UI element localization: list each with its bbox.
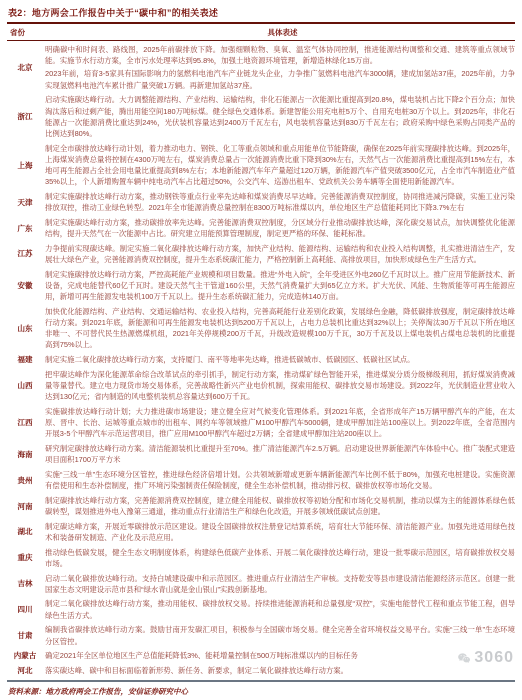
statement-text: 明确碳中和时间表、路线图，2025年前碳排放下降。加强细颗粒物、臭氧、温室气体协…: [45, 44, 515, 66]
statement-text: 实施“三线一单”生态环境分区管控，推进绿色经济倍增计划。公共领域新增或更新车辆新…: [45, 469, 515, 491]
statement-cell: 制定实施碳达峰行动方案，推动碳排放率先达峰。完善能源消费双控制度，分区域分行业推…: [43, 217, 515, 239]
table-row: 江西实施碳排放达峰行动计划；大力推进碳市场建设；建立健全应对气候变化管理体系。到…: [7, 406, 515, 440]
statement-text: 力争提前实现碳达峰。制定实施二氧化碳排放达峰行动方案，加快产业结构、能源结构、运…: [45, 243, 515, 265]
statement-text: 制定实施二氧化碳排放达峰行动方案，支持厦门、南平等地率先达峰，推进低碳城市、低碳…: [45, 354, 515, 365]
column-header-detail: 具体表述: [50, 27, 515, 38]
province-label: 江西: [7, 417, 43, 428]
statement-text: 研究制定碳排放达峰行动方案。清洁能源装机比重提升至70%。推广清洁能源汽车2.5…: [45, 443, 515, 465]
table-row: 安徽制定实施碳排放达峰行动方案，严控高耗能产业规模和项目数量。推进“外电入皖”，…: [7, 269, 515, 303]
statement-cell: 明确碳中和时间表、路线图，2025年前碳排放下降。加强细颗粒物、臭氧、温室气体协…: [43, 44, 515, 91]
statement-cell: 力争提前实现碳达峰。制定实施二氧化碳排放达峰行动方案，加快产业结构、能源结构、运…: [43, 243, 515, 265]
table-row: 贵州实施“三线一单”生态环境分区管控，推进绿色经济倍增计划。公共领域新增或更新车…: [7, 469, 515, 491]
statement-cell: 确定2021年全区单位地区生产总值能耗降低3%、能耗增量控制在500万吨标准煤以…: [43, 650, 515, 661]
table-row: 海南研究制定碳排放达峰行动方案。清洁能源装机比重提升至70%。推广清洁能源汽车2…: [7, 443, 515, 465]
province-label: 河南: [7, 501, 43, 512]
statement-cell: 编制我省碳排放达峰行动方案。鼓励甘南开发碳汇项目，积极参与全国碳市场交易。健全完…: [43, 624, 515, 646]
wechat-icon: [457, 651, 471, 665]
statement-cell: 制定二氧化碳排放达峰行动方案，推动用能权、碳排放权交易。持续推进能源消耗和总量强…: [43, 598, 515, 620]
statement-text: 落实碳达峰、碳中和目标面临着新形势、新任务、新要求，制定二氧化碳排放达峰行动方案…: [45, 665, 515, 676]
statement-text: 制定实施碳排放达峰行动方案，严控高耗能产业规模和项目数量。推进“外电入皖”，全年…: [45, 269, 515, 303]
watermark-text: 3060: [474, 649, 514, 667]
table-title: 表2：地方两会工作报告中关于“碳中和”的相关表述: [7, 4, 515, 22]
province-label: 湖北: [7, 526, 43, 537]
statement-text: 推动绿色低碳发展，健全生态文明制度体系，构建绿色低碳产业体系、开展二氧化碳排放达…: [45, 547, 515, 569]
statement-text: 加快优化能源结构、产业结构、交通运输结构、农业投入结构，完善高耗能行业差别化政策…: [45, 306, 515, 351]
table-row: 湖北制定碳达峰方案，开展近零碳排放示范区建设。建设全国碳排放权注册登记结算系统，…: [7, 521, 515, 543]
statement-text: 制定实施碳达峰行动方案，推动碳排放率先达峰。完善能源消费双控制度，分区域分行业推…: [45, 217, 515, 239]
province-label: 福建: [7, 354, 43, 365]
table-row: 天津制定实施碳排放达峰行动方案，推动钢铁等重点行业率先达峰和煤炭消费尽早达峰。完…: [7, 191, 515, 213]
table-row: 重庆推动绿色低碳发展，健全生态文明制度体系，构建绿色低碳产业体系、开展二氧化碳排…: [7, 547, 515, 569]
statement-cell: 研究制定碳排放达峰行动方案。清洁能源装机比重提升至70%。推广清洁能源汽车2.5…: [43, 443, 515, 465]
statement-cell: 制定实施二氧化碳排放达峰行动方案，支持厦门、南平等地率先达峰，推进低碳城市、低碳…: [43, 354, 515, 365]
province-label: 江苏: [7, 248, 43, 259]
statement-cell: 制定全市碳排放达峰行动计划，着力推动电力、钢铁、化工等重点领域和重点用能单位节能…: [43, 143, 515, 188]
table-row: 四川制定二氧化碳排放达峰行动方案，推动用能权、碳排放权交易。持续推进能源消耗和总…: [7, 598, 515, 620]
province-label: 安徽: [7, 280, 43, 291]
statement-text: 制定实施碳排放达峰行动方案，推动钢铁等重点行业率先达峰和煤炭消费尽早达峰。完善能…: [45, 191, 515, 213]
watermark: 3060: [457, 649, 514, 667]
report-table-page: 表2：地方两会工作报告中关于“碳中和”的相关表述 省份 具体表述 北京明确碳中和…: [0, 0, 522, 697]
statement-cell: 启动实施碳达峰行动。大力调整能源结构、产业结构、运输结构，非化石能源占一次能源比…: [43, 94, 515, 139]
statement-text: 编制我省碳排放达峰行动方案。鼓励甘南开发碳汇项目，积极参与全国碳市场交易。健全完…: [45, 624, 515, 646]
province-label: 吉林: [7, 578, 43, 589]
province-label: 北京: [7, 62, 43, 73]
statement-cell: 启动二氧化碳排放达峰行动。支持白城建设碳中和示范园区。推进重点行业清洁生产审核。…: [43, 573, 515, 595]
statement-cell: 把牢碳达峰作为深化能源革命综合改革试点的牵引抓手，制定行动方案，推动煤矿绿色智能…: [43, 369, 515, 403]
statement-cell: 制定碳排放达峰行动方案，完善能源消费双控制度，建立健全用能权、碳排放权等初始分配…: [43, 495, 515, 517]
table-row: 山西把牢碳达峰作为深化能源革命综合改革试点的牵引抓手，制定行动方案，推动煤矿绿色…: [7, 369, 515, 403]
province-label: 贵州: [7, 475, 43, 486]
statement-cell: 制定实施碳排放达峰行动方案，推动钢铁等重点行业率先达峰和煤炭消费尽早达峰。完善能…: [43, 191, 515, 213]
table-row: 福建制定实施二氧化碳排放达峰行动方案，支持厦门、南平等地率先达峰，推进低碳城市、…: [7, 354, 515, 365]
table-row: 浙江启动实施碳达峰行动。大力调整能源结构、产业结构、运输结构，非化石能源占一次能…: [7, 94, 515, 139]
statement-text: 制定碳达峰方案，开展近零碳排放示范区建设。建设全国碳排放权注册登记结算系统，培育…: [45, 521, 515, 543]
statement-cell: 制定实施碳排放达峰行动方案，严控高耗能产业规模和项目数量。推进“外电入皖”，全年…: [43, 269, 515, 303]
province-label: 广东: [7, 223, 43, 234]
table-row: 北京明确碳中和时间表、路线图，2025年前碳排放下降。加强细颗粒物、臭氧、温室气…: [7, 44, 515, 91]
statement-cell: 落实碳达峰、碳中和目标面临着新形势、新任务、新要求，制定二氧化碳排放达峰行动方案…: [43, 665, 515, 676]
statement-cell: 推动绿色低碳发展，健全生态文明制度体系，构建绿色低碳产业体系、开展二氧化碳排放达…: [43, 547, 515, 569]
table-row: 内蒙古确定2021年全区单位地区生产总值能耗降低3%、能耗增量控制在500万吨标…: [7, 650, 515, 661]
table-body: 北京明确碳中和时间表、路线图，2025年前碳排放下降。加强细颗粒物、臭氧、温室气…: [7, 41, 515, 676]
statement-text: 制定碳排放达峰行动方案，完善能源消费双控制度，建立健全用能权、碳排放权等初始分配…: [45, 495, 515, 517]
statement-cell: 加快优化能源结构、产业结构、交通运输结构、农业投入结构，完善高耗能行业差别化政策…: [43, 306, 515, 351]
table-row: 上海制定全市碳排放达峰行动计划，着力推动电力、钢铁、化工等重点领域和重点用能单位…: [7, 143, 515, 188]
table-row: 甘肃编制我省碳排放达峰行动方案。鼓励甘南开发碳汇项目，积极参与全国碳市场交易。健…: [7, 624, 515, 646]
province-label: 甘肃: [7, 630, 43, 641]
table-header-row: 省份 具体表述: [7, 22, 515, 41]
statement-text: 启动二氧化碳排放达峰行动。支持白城建设碳中和示范园区。推进重点行业清洁生产审核。…: [45, 573, 515, 595]
statement-text: 制定二氧化碳排放达峰行动方案，推动用能权、碳排放权交易。持续推进能源消耗和总量强…: [45, 598, 515, 620]
table-row: 广东制定实施碳达峰行动方案，推动碳排放率先达峰。完善能源消费双控制度，分区域分行…: [7, 217, 515, 239]
table-row: 江苏力争提前实现碳达峰。制定实施二氧化碳排放达峰行动方案，加快产业结构、能源结构…: [7, 243, 515, 265]
table-row: 吉林启动二氧化碳排放达峰行动。支持白城建设碳中和示范园区。推进重点行业清洁生产审…: [7, 573, 515, 595]
province-label: 天津: [7, 197, 43, 208]
table-row: 河北落实碳达峰、碳中和目标面临着新形势、新任务、新要求，制定二氧化碳排放达峰行动…: [7, 665, 515, 676]
statement-cell: 实施碳排放达峰行动计划；大力推进碳市场建设；建立健全应对气候变化管理体系。到20…: [43, 406, 515, 440]
statement-text: 把牢碳达峰作为深化能源革命综合改革试点的牵引抓手，制定行动方案，推动煤矿绿色智能…: [45, 369, 515, 403]
statement-cell: 制定碳达峰方案，开展近零碳排放示范区建设。建设全国碳排放权注册登记结算系统，培育…: [43, 521, 515, 543]
province-label: 浙江: [7, 111, 43, 122]
statement-text: 实施碳排放达峰行动计划；大力推进碳市场建设；建立健全应对气候变化管理体系。到20…: [45, 406, 515, 440]
statement-text: 制定全市碳排放达峰行动计划，着力推动电力、钢铁、化工等重点领域和重点用能单位节能…: [45, 143, 515, 188]
statement-text: 确定2021年全区单位地区生产总值能耗降低3%、能耗增量控制在500万吨标准煤以…: [45, 650, 515, 661]
statement-text: 启动实施碳达峰行动。大力调整能源结构、产业结构、运输结构，非化石能源占一次能源比…: [45, 94, 515, 139]
province-label: 河北: [7, 665, 43, 676]
province-label: 内蒙古: [7, 650, 43, 661]
table-row: 河南制定碳排放达峰行动方案，完善能源消费双控制度，建立健全用能权、碳排放权等初始…: [7, 495, 515, 517]
province-label: 重庆: [7, 552, 43, 563]
source-note: 资料来源：地方政府两会工作报告，安信证券研究中心: [7, 682, 515, 697]
province-label: 山西: [7, 380, 43, 391]
column-header-province: 省份: [7, 27, 50, 38]
province-label: 海南: [7, 449, 43, 460]
statement-text: 2023年前，培育3-5家具有国际影响力的氢燃料电池汽车产业链龙头企业，力争推广…: [45, 68, 515, 90]
province-label: 四川: [7, 604, 43, 615]
table-row: 山东加快优化能源结构、产业结构、交通运输结构、农业投入结构，完善高耗能行业差别化…: [7, 306, 515, 351]
province-label: 上海: [7, 160, 43, 171]
province-label: 山东: [7, 323, 43, 334]
statement-cell: 实施“三线一单”生态环境分区管控，推进绿色经济倍增计划。公共领域新增或更新车辆新…: [43, 469, 515, 491]
